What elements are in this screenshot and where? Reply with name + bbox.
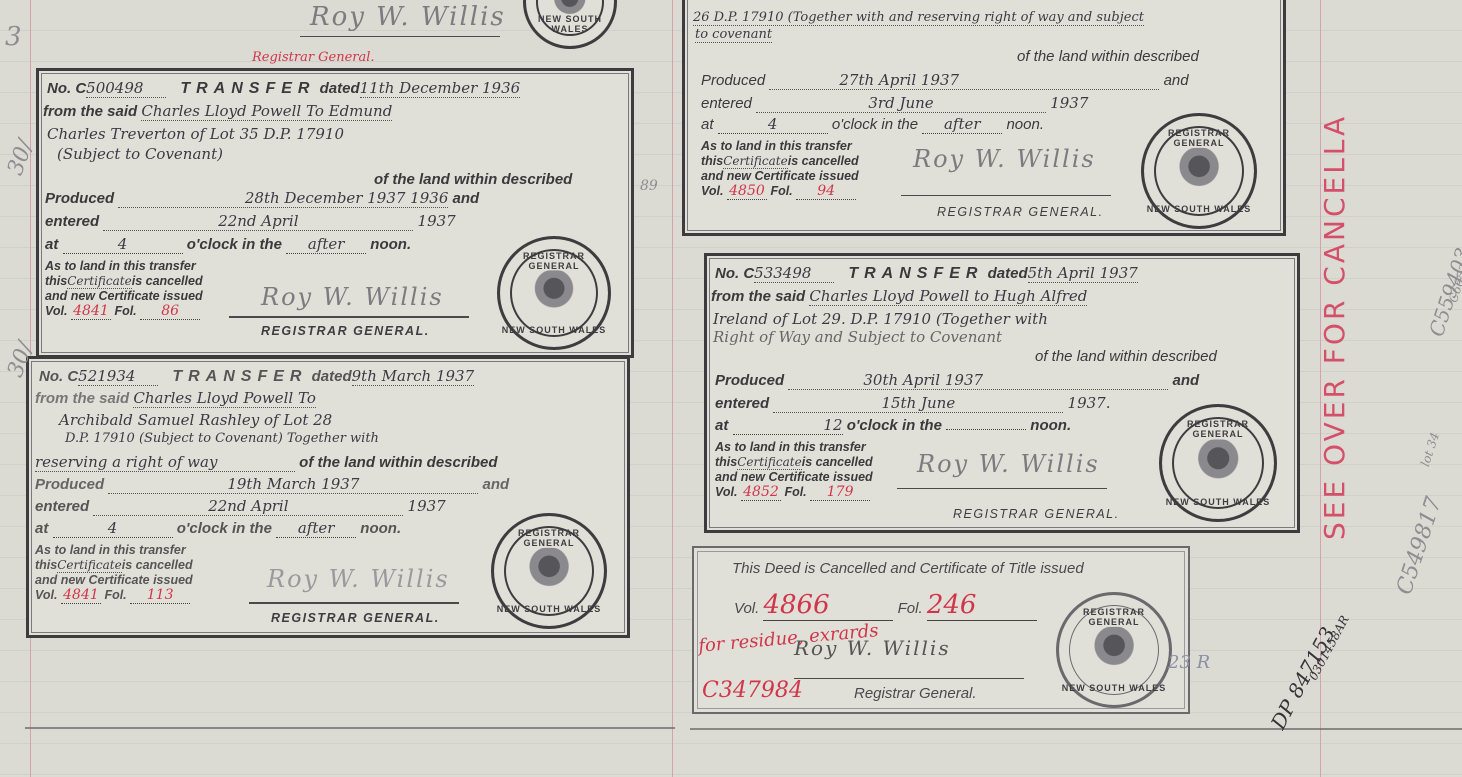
transfer-1-seal: REGISTRAR GENERAL NEW SOUTH WALES — [497, 236, 611, 350]
bottom-rule-right — [690, 728, 1462, 730]
transfer-2-vol: 4841 — [61, 588, 101, 604]
top-registrar-title: Registrar General. — [252, 50, 375, 65]
transfer-1-signature-line — [229, 316, 469, 318]
transfer-1-signature: Roy W. Willis — [261, 283, 444, 311]
seal-top: NEW SOUTH WALES — [523, 0, 617, 49]
transfer-4-signature-line — [897, 488, 1107, 489]
seal-text: NEW SOUTH WALES — [526, 14, 614, 34]
transfer-2-cancel-note: As to land in this transfer thisCertific… — [35, 543, 193, 604]
cancellation-vol: 4866 — [763, 590, 893, 621]
transfer-2-signature: Roy W. Willis — [267, 565, 450, 593]
transfer-4-vol: 4852 — [741, 485, 781, 501]
transfer-2-hour: 4 — [53, 519, 173, 538]
cancellation-seal: REGISTRAR GENERAL NEW SOUTH WALES — [1056, 592, 1172, 708]
transfer-1-parties-3: (Subject to Covenant) — [57, 145, 223, 163]
transfer-box-1: No. C500498 TRANSFER dated11th December … — [36, 68, 634, 358]
transfer-2-produced-date: 19th March 1937 — [108, 475, 478, 494]
transfer-1-hour: 4 — [63, 235, 183, 254]
transfer-1-produced-date: 28th December 1937 1936 — [118, 189, 448, 208]
transfer-1-date: 11th December 1936 — [360, 79, 521, 98]
transfer-3-produced: Produced 27th April 1937 and — [701, 71, 1189, 90]
transfer-1-land: of the land within described — [374, 171, 572, 188]
transfer-2-number: 521934 — [78, 367, 158, 386]
transfer-4-period — [946, 429, 1026, 430]
cancellation-signature-line — [794, 678, 1024, 679]
top-signature: Roy W. Willis — [310, 2, 506, 32]
transfer-4-land: of the land within described — [1035, 348, 1217, 365]
transfer-4-time: at 12 o'clock in the noon. — [715, 416, 1071, 435]
cancellation-fol: 246 — [927, 590, 1037, 621]
transfer-1-number: 500498 — [86, 79, 166, 98]
cancellation-heading: This Deed is Cancelled and Certificate o… — [732, 560, 1084, 577]
transfer-1-parties-2: Charles Treverton of Lot 35 D.P. 17910 — [47, 125, 344, 143]
transfer-3-signature: Roy W. Willis — [913, 145, 1096, 173]
transfer-3-fol: 94 — [796, 184, 856, 200]
transfer-3-entered-date: 3rd June — [756, 94, 1046, 113]
transfer-box-4: No. C533498 TRANSFER dated5th April 1937… — [704, 253, 1300, 533]
transfer-2-time: at 4 o'clock in the after noon. — [35, 519, 401, 538]
transfer-1-vol: 4841 — [71, 304, 111, 320]
transfer-box-3: 26 D.P. 17910 (Together with and reservi… — [682, 0, 1286, 236]
left-margin-note-3: 3 — [5, 22, 22, 52]
transfer-2-date: 9th March 1937 — [352, 367, 474, 386]
crest-icon — [1093, 627, 1135, 673]
transfer-1-period: after — [286, 235, 366, 254]
transfer-4-seal: REGISTRAR GENERAL NEW SOUTH WALES — [1159, 404, 1277, 522]
transfer-4-fol: 179 — [810, 485, 870, 501]
transfer-3-time: at 4 o'clock in the after noon. — [701, 115, 1044, 134]
cancellation-vol-fol: Vol. 4866 Fol. 246 — [734, 590, 1037, 621]
r-mark: 23 R — [1168, 652, 1210, 673]
transfer-2-fol: 113 — [130, 588, 190, 604]
transfer-1-entered-date: 22nd April — [103, 212, 413, 231]
transfer-4-entered-date: 15th June — [773, 394, 1063, 413]
transfer-1-entered: entered 22nd April 1937 — [45, 212, 456, 231]
transfer-4-cancel-note: As to land in this transfer thisCertific… — [715, 440, 873, 501]
transfer-4-parties-2: Ireland of Lot 29. D.P. 17910 (Together … — [713, 310, 1048, 328]
transfer-box-2: No. C521934 TRANSFER dated9th March 1937… — [26, 356, 630, 638]
transfer-4-header: No. C533498 TRANSFER dated5th April 1937 — [715, 264, 1138, 283]
cancellation-signature: Roy W. Willis — [794, 636, 951, 660]
crest-icon — [528, 548, 570, 594]
transfer-3-produced-date: 27th April 1937 — [769, 71, 1159, 90]
transfer-4-signature: Roy W. Willis — [917, 450, 1100, 478]
transfer-1-cancel-note: As to land in this transfer thisCertific… — [45, 259, 203, 320]
transfer-1-produced: Produced 28th December 1937 1936 and — [45, 189, 479, 208]
transfer-2-land-line: reserving a right of way of the land wit… — [35, 453, 498, 472]
cancellation-registrar: Registrar General. — [854, 685, 977, 702]
transfer-4-registrar: REGISTRAR GENERAL. — [953, 507, 1120, 521]
transfer-1-registrar: REGISTRAR GENERAL. — [261, 324, 430, 338]
top-signature-line — [300, 36, 500, 37]
transfer-4-parties-3: Right of Way and Subject to Covenant — [713, 328, 1002, 346]
transfer-1-fol: 86 — [140, 304, 200, 320]
crest-icon — [1178, 148, 1220, 194]
transfer-4-from: from the said Charles Lloyd Powell to Hu… — [711, 287, 1087, 305]
transfer-4-entered: entered 15th June 1937. — [715, 394, 1110, 413]
transfer-4-produced: Produced 30th April 1937 and — [715, 371, 1199, 390]
transfer-2-produced: Produced 19th March 1937 and — [35, 475, 509, 494]
transfer-1-from: from the said Charles Lloyd Powell To Ed… — [43, 102, 392, 120]
transfer-4-date: 5th April 1937 — [1028, 264, 1138, 283]
center-margin-line — [672, 0, 673, 777]
cancellation-ref: C347984 — [702, 678, 803, 703]
transfer-2-registrar: REGISTRAR GENERAL. — [271, 611, 440, 625]
document-page: Roy W. Willis Registrar General. NEW SOU… — [0, 0, 1462, 777]
transfer-2-entered-date: 22nd April — [93, 497, 403, 516]
see-over-note: SEE OVER FOR CANCELLA — [1318, 114, 1351, 540]
transfer-3-parties-2: 26 D.P. 17910 (Together with and reservi… — [693, 10, 1144, 26]
loose-89: 89 — [640, 178, 658, 194]
transfer-4-parties: Charles Lloyd Powell to Hugh Alfred — [809, 287, 1087, 306]
transfer-2-period: after — [276, 519, 356, 538]
transfer-4-hour: 12 — [733, 416, 843, 435]
transfer-2-parties: Charles Lloyd Powell To — [133, 389, 316, 408]
transfer-2-seal: REGISTRAR GENERAL NEW SOUTH WALES — [491, 513, 607, 629]
c-reference-1-note: lot 34 — [1418, 431, 1442, 469]
c-reference-1: C549817 — [1392, 494, 1447, 598]
bottom-rule-left — [25, 727, 675, 729]
transfer-4-produced-date: 30th April 1937 — [788, 371, 1168, 390]
transfer-3-vol: 4850 — [727, 184, 767, 200]
transfer-1-parties: Charles Lloyd Powell To Edmund — [141, 102, 392, 121]
transfer-2-signature-line — [249, 602, 459, 604]
transfer-3-cancel-note: As to land in this transfer thisCertific… — [701, 139, 859, 200]
left-margin-note-1: 30/ — [3, 137, 39, 179]
cancellation-box: This Deed is Cancelled and Certificate o… — [692, 546, 1190, 714]
transfer-4-number: 533498 — [754, 264, 834, 283]
transfer-3-registrar: REGISTRAR GENERAL. — [937, 205, 1104, 219]
transfer-3-period: after — [922, 115, 1002, 134]
transfer-2-parties-2: Archibald Samuel Rashley of Lot 28 — [59, 411, 332, 429]
transfer-2-from: from the said Charles Lloyd Powell To — [35, 389, 316, 407]
transfer-2-parties-3: D.P. 17910 (Subject to Covenant) Togethe… — [65, 431, 379, 446]
transfer-3-seal: REGISTRAR GENERAL NEW SOUTH WALES — [1141, 113, 1257, 229]
transfer-1-header: No. C500498 TRANSFER dated11th December … — [47, 79, 520, 98]
transfer-3-land: of the land within described — [1017, 48, 1199, 65]
transfer-1-time: at 4 o'clock in the after noon. — [45, 235, 411, 254]
transfer-3-hour: 4 — [718, 115, 828, 134]
transfer-2-header: No. C521934 TRANSFER dated9th March 1937 — [39, 367, 474, 386]
transfer-3-parties-3: to covenant — [695, 27, 772, 43]
transfer-3-entered: entered 3rd June 1937 — [701, 94, 1088, 113]
transfer-3-signature-line — [901, 195, 1111, 196]
crest-icon — [533, 270, 574, 315]
transfer-2-entered: entered 22nd April 1937 — [35, 497, 446, 516]
crest-icon — [1197, 439, 1240, 486]
transfer-2-parties-4: reserving a right of way — [35, 453, 295, 472]
